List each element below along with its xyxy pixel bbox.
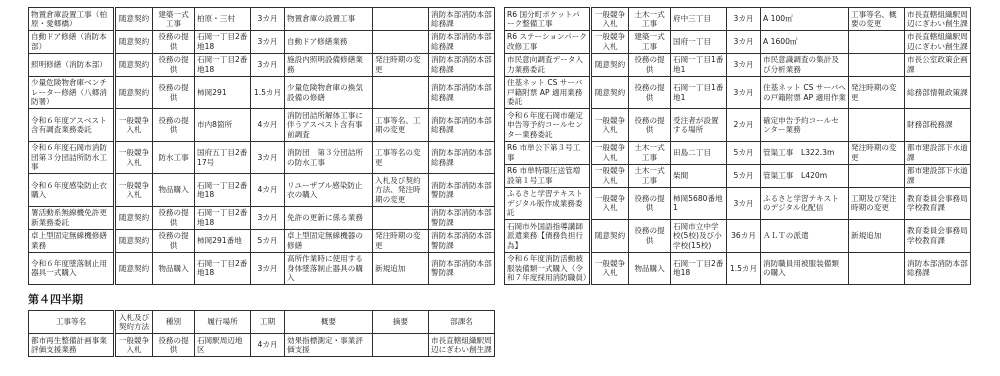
table-cell: 3カ月 (251, 30, 285, 53)
table-cell: 3カ月 (727, 30, 761, 53)
column-header: 工事等名 (29, 311, 115, 334)
table-cell: 一般競争入札 (115, 334, 153, 357)
table-cell: 消防本部消防本部警防課 (429, 206, 495, 229)
table-cell: 一般競争入札 (591, 30, 629, 53)
table-row: 署活動系無線機免許更新業務委託随意契約役務の提供石岡一丁目2番地183カ月免許の… (29, 206, 495, 229)
table-row: R6 ステーションパーク改修工事一般競争入札建築一式工事国府一丁目3カ月A 16… (505, 30, 971, 53)
table-cell (849, 53, 905, 76)
table-row: 都市再生整備計画事業評価支援業務一般競争入札役務の提供石岡駅周辺地区4カ月効果指… (29, 334, 495, 357)
table-cell: 石岡一丁目2番地18 (195, 174, 251, 206)
table-cell: 2カ月 (727, 109, 761, 141)
table-cell: 随意契約 (115, 30, 153, 53)
table-cell: 一般競争入札 (591, 252, 629, 284)
table-cell: 石岡市外国語指導講師派遣業務【債務負担行為】 (505, 220, 591, 252)
table-cell: 3カ月 (727, 53, 761, 76)
table-cell: 住基ネット CS サーバへの戸籍附票 AP 適用作業 (761, 76, 849, 108)
table-cell: 令和６年度石岡市確定申告等予約コールセンター業務委託 (505, 109, 591, 141)
table-cell (373, 8, 429, 31)
table-cell: 住基ネット CS サーバ戸籍附票 AP 適用業務委託 (505, 76, 591, 108)
table-cell: 3カ月 (251, 252, 285, 284)
section-heading-q4: 第４四半期 (28, 291, 494, 307)
table-cell: 土木一式工事 (629, 8, 671, 31)
table-cell: 高所作業時に使用する身体墜落制止器具の購入 (285, 252, 373, 284)
table-row: R6 国分町ポケットパーク整備工事一般競争入札土木一式工事府中三丁目3カ月A 1… (505, 8, 971, 31)
table-cell: 石岡一丁目2番地18 (671, 252, 727, 284)
table-cell: 一般競争入札 (591, 141, 629, 164)
table-cell: 教育委員会事務局学校教育課 (905, 187, 971, 219)
table-cell: 管渠工事 L322.3m (761, 141, 849, 164)
table-cell: 新規追加 (373, 252, 429, 284)
table-cell: 市長直轄組織駅周辺にぎわい創生課 (429, 334, 495, 357)
table-cell: 役務の提供 (153, 76, 195, 108)
table-cell: 石岡一丁目2番地18 (195, 252, 251, 284)
table-cell: R6 ステーションパーク改修工事 (505, 30, 591, 53)
table-cell: 役務の提供 (629, 109, 671, 141)
right-column: R6 国分町ポケットパーク整備工事一般競争入札土木一式工事府中三丁目3カ月A 1… (504, 7, 970, 285)
table-cell (849, 30, 905, 53)
table-cell: 消防本部消防本部総務課 (905, 252, 971, 284)
table-cell: 一般競争入札 (115, 141, 153, 173)
column-header: 履行場所 (195, 311, 251, 334)
left-column: 物置倉庫設置工事（柏原・愛郷橋）随意契約建築一式工事柏原・三村3カ月物置倉庫の設… (28, 7, 494, 357)
table-cell: 施設内照明設備修繕業務 (285, 53, 373, 76)
table-cell: 発注時期の変更 (373, 53, 429, 76)
table-cell (373, 76, 429, 108)
table-cell: 随意契約 (115, 229, 153, 252)
table-cell: 3カ月 (727, 187, 761, 219)
table-cell: 管渠工事 L420m (761, 164, 849, 187)
table-cell: R6 市単公下第３号工事 (505, 141, 591, 164)
table-cell: 都市建設部下水道課 (905, 164, 971, 187)
table-cell: 少量危険物倉庫ベンチレーター修繕（八郷消防署） (29, 76, 115, 108)
table-row: 令和６年度石岡市消防団第３分団詰所防水工事一般競争入札防水工事国府五丁目2番17… (29, 141, 495, 173)
table-cell: R6 市単特環圧送管増設第１号工事 (505, 164, 591, 187)
table-cell: 3カ月 (251, 53, 285, 76)
table-cell: 田島二丁目 (671, 141, 727, 164)
table-cell (373, 334, 429, 357)
table-cell: 石岡一丁目2番地18 (195, 30, 251, 53)
table-cell: 一般競争入札 (115, 109, 153, 141)
column-header: 部課名 (429, 311, 495, 334)
table-cell: 発注時期の変更 (849, 76, 905, 108)
table-cell: 随意契約 (115, 8, 153, 31)
table-cell: ふるさと学習テキストデジタル版作成業務委託 (505, 187, 591, 219)
table-row: 令和６年度石岡市確定申告等予約コールセンター業務委託一般競争入札役務の提供受注者… (505, 109, 971, 141)
table-cell: 柏原・三村 (195, 8, 251, 31)
table-cell: 免許の更新に係る業務 (285, 206, 373, 229)
table-cell: 工事等名、工期の変更 (373, 109, 429, 141)
table-cell (849, 252, 905, 284)
table-cell: ふるさと学習テキストのデジタル化配信 (761, 187, 849, 219)
table-cell: 土木一式工事 (629, 164, 671, 187)
table-cell: 3カ月 (251, 8, 285, 31)
table-cell: 役務の提供 (629, 76, 671, 108)
table-cell: 消防本部消防本部総務課 (429, 141, 495, 173)
table-cell: 市民意向調査データ入力業務委託 (505, 53, 591, 76)
table-cell: 署活動系無線機免許更新業務委託 (29, 206, 115, 229)
table-cell: 物置倉庫設置工事（柏原・愛郷橋） (29, 8, 115, 31)
table-cell: 令和６年度感染防止衣購入 (29, 174, 115, 206)
table-cell: 石岡一丁目1番地1 (671, 53, 727, 76)
table-cell: 確定申告予約コールセンター業務 (761, 109, 849, 141)
table-cell: 一般競争入札 (115, 174, 153, 206)
table-cell: 3カ月 (251, 141, 285, 173)
table-cell: 市長直轄組織駅周辺にぎわい創生課 (905, 30, 971, 53)
table-cell: 役務の提供 (153, 229, 195, 252)
table-cell: 都市建設部下水道課 (905, 141, 971, 164)
table-cell: 石岡一丁目1番地1 (671, 76, 727, 108)
table-cell (849, 164, 905, 187)
table-cell: 一般競争入札 (591, 187, 629, 219)
table-cell: 石岡一丁目2番地18 (195, 53, 251, 76)
table-cell: 柿岡5680番地1 (671, 187, 727, 219)
table-cell: 随意契約 (591, 76, 629, 108)
table-cell (373, 30, 429, 53)
table-cell: 国府五丁目2番17号 (195, 141, 251, 173)
table-cell: 令和６年度アスベスト含有調査業務委託 (29, 109, 115, 141)
column-header: 工期 (251, 311, 285, 334)
table-cell: 役務の提供 (629, 187, 671, 219)
table-cell: 消防本部消防本部総務課 (429, 8, 495, 31)
table-cell: 役務の提供 (629, 220, 671, 252)
table-cell: 消防本部消防本部警防課 (429, 229, 495, 252)
table-row: 令和６年度感染防止衣購入一般競争入札物品購入石岡一丁目2番地184カ月リユーザブ… (29, 174, 495, 206)
table-row: ふるさと学習テキストデジタル版作成業務委託一般競争入札役務の提供柿岡5680番地… (505, 187, 971, 219)
table-cell: 役務の提供 (629, 53, 671, 76)
table-cell: 消防本部消防本部警防課 (429, 174, 495, 206)
table-cell: 市長直轄組織駅周辺にぎわい創生課 (905, 8, 971, 31)
table-cell: 卓上型固定無線機器の修繕 (285, 229, 373, 252)
table-cell: 一般競争入札 (591, 164, 629, 187)
table-cell: 工期及び発注時期の変更 (849, 187, 905, 219)
table-cell: ＡＬＴの派遣 (761, 220, 849, 252)
table-cell: 物品購入 (153, 174, 195, 206)
table-cell: 柴間 (671, 164, 727, 187)
table-cell: 消防団詰所解体工事に伴うアスベスト含有事前調査 (285, 109, 373, 141)
header-row: 工事等名入札及び契約方法種別履行場所工期概要摘要部課名 (29, 311, 495, 334)
table-row: 物置倉庫設置工事（柏原・愛郷橋）随意契約建築一式工事柏原・三村3カ月物置倉庫の設… (29, 8, 495, 31)
table-cell: 府中三丁目 (671, 8, 727, 31)
table-cell: R6 国分町ポケットパーク整備工事 (505, 8, 591, 31)
table-cell: 消防本部消防本部総務課 (429, 30, 495, 53)
table-cell: 財務部税務課 (905, 109, 971, 141)
table-cell: 効果指標測定・事業評価支援 (285, 334, 373, 357)
table-cell: 自動ドア修繕（消防本部） (29, 30, 115, 53)
table-cell: 自動ドア修繕業務 (285, 30, 373, 53)
table-cell: リユーザブル感染防止衣の購入 (285, 174, 373, 206)
table-cell: 随意契約 (591, 220, 629, 252)
q3-procurement-table-continued: 物置倉庫設置工事（柏原・愛郷橋）随意契約建築一式工事柏原・三村3カ月物置倉庫の設… (28, 7, 495, 285)
column-header: 種別 (153, 311, 195, 334)
table-cell: 石岡市立中学校(5校)及び小学校(15校) (671, 220, 727, 252)
table-cell: 建築一式工事 (153, 8, 195, 31)
table-cell: 柿岡291 (195, 76, 251, 108)
table-cell: 防水工事 (153, 141, 195, 173)
table-cell: 都市再生整備計画事業評価支援業務 (29, 334, 115, 357)
table-cell: 一般競争入札 (591, 8, 629, 31)
table-row: 照明修繕（消防本部）随意契約役務の提供石岡一丁目2番地183カ月施設内照明設備修… (29, 53, 495, 76)
table-cell: 消防本部消防本部警防課 (429, 252, 495, 284)
table-cell: 役務の提供 (153, 334, 195, 357)
table-cell: 随意契約 (115, 76, 153, 108)
table-cell: 36カ月 (727, 220, 761, 252)
document-page: 物置倉庫設置工事（柏原・愛郷橋）随意契約建築一式工事柏原・三村3カ月物置倉庫の設… (0, 0, 1000, 376)
table-cell: 消防職員用被服装備類の購入 (761, 252, 849, 284)
table-cell: 物置倉庫の設置工事 (285, 8, 373, 31)
table-cell: 3カ月 (251, 206, 285, 229)
table-cell: 5カ月 (251, 229, 285, 252)
table-cell: 石岡駅周辺地区 (195, 334, 251, 357)
table-row: 自動ドア修繕（消防本部）随意契約役務の提供石岡一丁目2番地183カ月自動ドア修繕… (29, 30, 495, 53)
table-cell: 1.5カ月 (251, 76, 285, 108)
table-cell: 卓上型固定無線機修繕業務 (29, 229, 115, 252)
table-cell: 工事等名の変更 (373, 141, 429, 173)
table-cell: 柿岡291番地 (195, 229, 251, 252)
table-row: 住基ネット CS サーバ戸籍附票 AP 適用業務委託随意契約役務の提供石岡一丁目… (505, 76, 971, 108)
table-cell: 新規追加 (849, 220, 905, 252)
table-cell: 消防本部消防本部総務課 (429, 109, 495, 141)
table-cell: 工事等名、概要の変更 (849, 8, 905, 31)
table-row: 令和６年度消防活動被服装備類一式購入（令和７年度採用消防職員）一般競争入札物品購… (505, 252, 971, 284)
table-cell: 役務の提供 (153, 206, 195, 229)
table-cell: 随意契約 (591, 53, 629, 76)
table-cell: 令和６年度石岡市消防団第３分団詰所防水工事 (29, 141, 115, 173)
table-row: 卓上型固定無線機修繕業務随意契約役務の提供柿岡291番地5カ月卓上型固定無線機器… (29, 229, 495, 252)
table-row: 令和６年度墜落制止用器具一式購入随意契約物品購入石岡一丁目2番地183カ月高所作… (29, 252, 495, 284)
table-cell: 市内8箇所 (195, 109, 251, 141)
table-row: 石岡市外国語指導講師派遣業務【債務負担行為】随意契約役務の提供石岡市立中学校(5… (505, 220, 971, 252)
q4-procurement-table: 工事等名入札及び契約方法種別履行場所工期概要摘要部課名都市再生整備計画事業評価支… (28, 310, 495, 357)
table-cell: 4カ月 (251, 109, 285, 141)
table-row: R6 市単特環圧送管増設第１号工事一般競争入札土木一式工事柴間5カ月管渠工事 L… (505, 164, 971, 187)
table-cell: 物品購入 (153, 252, 195, 284)
table-cell: 消防本部消防本部総務課 (429, 53, 495, 76)
table-cell: 消防本部消防本部総務課 (429, 76, 495, 108)
table-cell: 一般競争入札 (591, 109, 629, 141)
table-cell: A 1600㎡ (761, 30, 849, 53)
table-cell: 発注時期の変更 (373, 229, 429, 252)
table-cell: 照明修繕（消防本部） (29, 53, 115, 76)
table-cell: 少量危険物倉庫の換気設備の修繕 (285, 76, 373, 108)
table-cell: 5カ月 (727, 164, 761, 187)
table-cell: 随意契約 (115, 252, 153, 284)
table-cell: 総務部情報政策課 (905, 76, 971, 108)
table-cell: 市民意識調査の集計及び分析業務 (761, 53, 849, 76)
table-cell: 消防団 第３分団詰所の防水工事 (285, 141, 373, 173)
table-cell (373, 206, 429, 229)
table-cell: 随意契約 (115, 206, 153, 229)
table-cell: 令和６年度消防活動被服装備類一式購入（令和７年度採用消防職員） (505, 252, 591, 284)
table-cell: 入札及び契約方法、発注時期の変更 (373, 174, 429, 206)
table-cell: 役務の提供 (153, 109, 195, 141)
table-cell: 3カ月 (727, 8, 761, 31)
table-cell: 受注者が設置する場所 (671, 109, 727, 141)
table-row: R6 市単公下第３号工事一般競争入札土木一式工事田島二丁目5カ月管渠工事 L32… (505, 141, 971, 164)
table-cell: 石岡一丁目2番地18 (195, 206, 251, 229)
table-cell: 市長公室政策企画課 (905, 53, 971, 76)
table-cell: 土木一式工事 (629, 141, 671, 164)
table-cell: 建築一式工事 (629, 30, 671, 53)
table-cell: 1.5カ月 (727, 252, 761, 284)
column-header: 概要 (285, 311, 373, 334)
table-cell: 役務の提供 (153, 53, 195, 76)
q4-procurement-table-right: R6 国分町ポケットパーク整備工事一般競争入札土木一式工事府中三丁目3カ月A 1… (504, 7, 971, 285)
table-cell: 教育委員会事務局学校教育課 (905, 220, 971, 252)
table-cell: 発注時期の変更 (849, 141, 905, 164)
table-cell: 物品購入 (629, 252, 671, 284)
table-cell: 5カ月 (727, 141, 761, 164)
table-cell: 国府一丁目 (671, 30, 727, 53)
column-header: 摘要 (373, 311, 429, 334)
table-cell: 随意契約 (115, 53, 153, 76)
table-cell: 3カ月 (727, 76, 761, 108)
table-cell: A 100㎡ (761, 8, 849, 31)
table-cell: 役務の提供 (153, 30, 195, 53)
table-row: 少量危険物倉庫ベンチレーター修繕（八郷消防署）随意契約役務の提供柿岡2911.5… (29, 76, 495, 108)
table-row: 令和６年度アスベスト含有調査業務委託一般競争入札役務の提供市内8箇所4カ月消防団… (29, 109, 495, 141)
table-cell: 4カ月 (251, 174, 285, 206)
table-cell: 4カ月 (251, 334, 285, 357)
column-header: 入札及び契約方法 (115, 311, 153, 334)
table-cell (849, 109, 905, 141)
table-cell: 令和６年度墜落制止用器具一式購入 (29, 252, 115, 284)
table-row: 市民意向調査データ入力業務委託随意契約役務の提供石岡一丁目1番地13カ月市民意識… (505, 53, 971, 76)
